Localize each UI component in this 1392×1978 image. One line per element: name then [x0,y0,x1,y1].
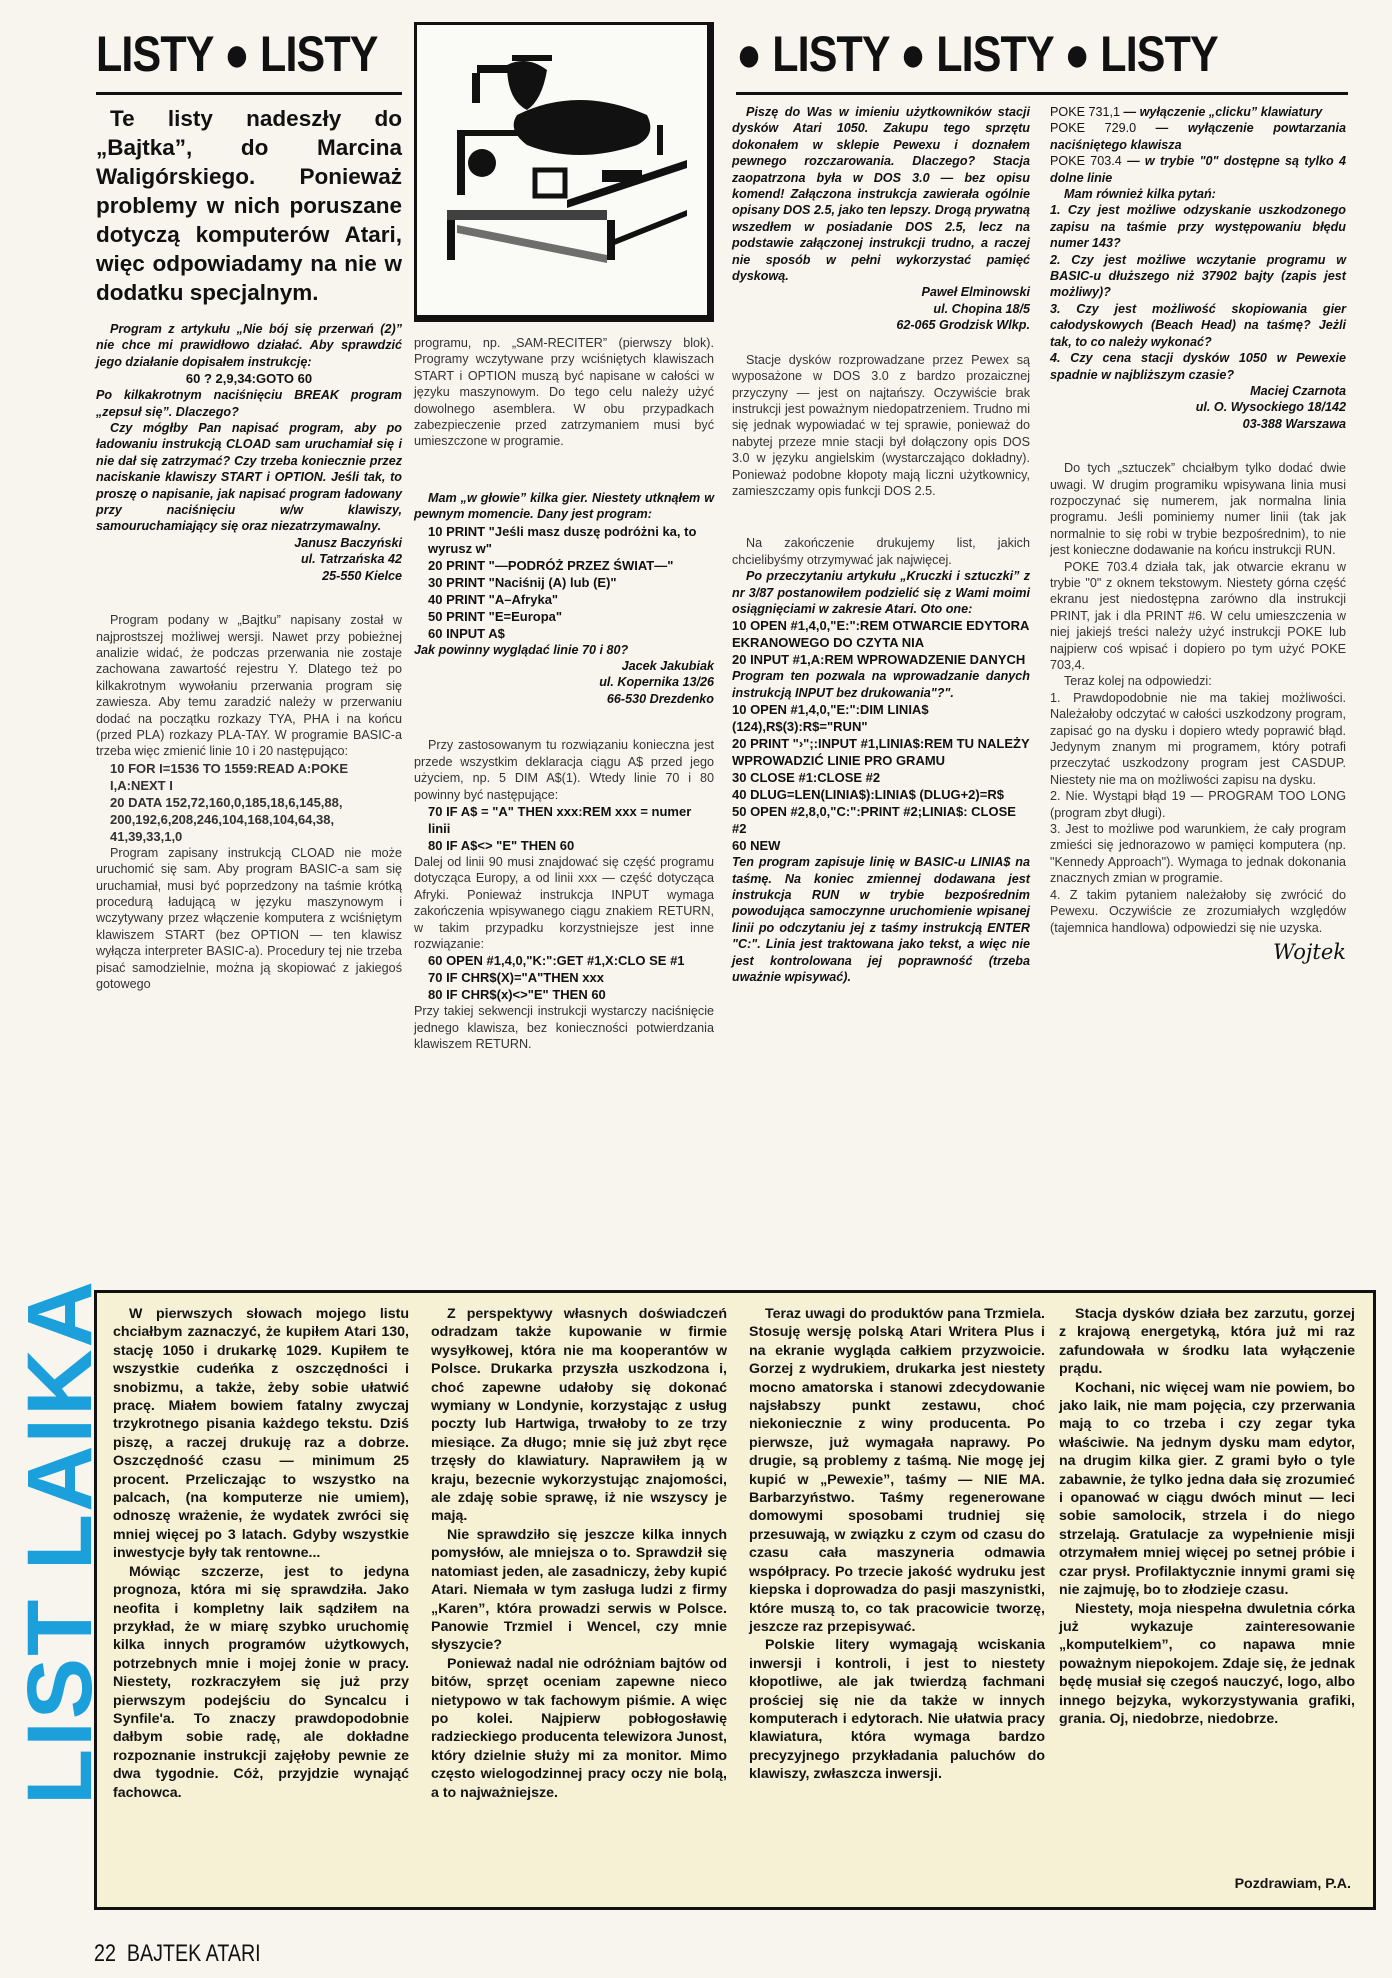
question-item: 2. Czy jest możliwe wczytanie programu w… [1050,252,1346,301]
code-line: 10 PRINT "Jeśli masz duszę podróżni ka, … [414,523,714,557]
letter-elminowski: Piszę do Was w imieniu użytkowników stac… [732,104,1030,334]
code-line: 20 PRINT "›";:INPUT #1,LINIA$:REM TU NAL… [732,735,1030,769]
laika-signature: Pozdrawiam, P.A. [1235,1875,1351,1893]
signature-city: 03-388 Warszawa [1050,416,1346,432]
disk-drive-pixel-art-icon [417,25,707,315]
signature-street: ul. Tatrzańska 42 [96,551,402,567]
list-laika-box: W pierwszych słowach mojego listu chciał… [94,1290,1376,1910]
signature-name: Janusz Baczyński [96,535,402,551]
code-line: 40 PRINT "A–Afryka" [414,591,714,608]
code-line: 10 FOR I=1536 TO 1559:READ A:POKE I,A:NE… [96,760,402,794]
laika-column-2: Z perspektywy własnych doświadczeń odrad… [431,1305,727,1802]
code-line: 60 OPEN #1,4,0,"K:":GET #1,X:CLO SE #1 [414,952,714,969]
code-line: 60 INPUT A$ [414,625,714,642]
signature-city: 62-065 Grodzisk Wlkp. [732,317,1030,333]
answer-czarnota: Do tych „sztuczek” chciałbym tylko dodać… [1050,460,1346,936]
author-signature: Wojtek [1050,940,1346,964]
header-rule-right [736,92,1348,95]
signature-city: 66-530 Drezdenko [414,691,714,707]
signature-street: ul. Chopina 18/5 [732,301,1030,317]
code-line: 70 IF A$ = "A" THEN xxx:REM xxx = numer … [414,803,714,837]
letter-czarnota: Po przeczytaniu artykułu „Kruczki i sztu… [732,568,1030,985]
question-item: 1. Czy jest możliwe odzyskanie uszkodzon… [1050,202,1346,251]
section-header-right: ● LISTY ● LISTY ● LISTY [736,24,1218,84]
signature-name: Maciej Czarnota [1050,383,1346,399]
code-line: 50 OPEN #2,8,0,"C:":PRINT #2;LINIA$: CLO… [732,803,1030,837]
column-2: programu, np. „SAM-RECITER” (pierwszy bl… [414,335,714,1053]
code-line: 60 NEW [732,837,1030,854]
column-4: POKE 731,1 — wyłączenie „clicku” klawiat… [1050,104,1346,964]
code-line: 10 OPEN #1,4,0,"E:":REM OTWARCIE EDYTORA… [732,617,1030,651]
code-line: 20 PRINT "—PODRÓŻ PRZEZ ŚWIAT—" [414,557,714,574]
code-line: 80 IF A$<> "E" THEN 60 [414,837,714,854]
answer-jakubiak: Przy zastosowanym tu rozwiązaniu koniecz… [414,737,714,1052]
question-item: 4. Czy cena stacji dysków 1050 w Pewexie… [1050,350,1346,383]
code-line: 60 ? 2,9,34:GOTO 60 [96,370,402,387]
page-footer: 22 BAJTEK ATARI [94,1940,261,1968]
laika-column-1: W pierwszych słowach mojego listu chciał… [113,1305,409,1802]
signature-city: 25-550 Kielce [96,568,402,584]
code-line: 30 CLOSE #1:CLOSE #2 [732,769,1030,786]
code-line: 40 DLUG=LEN(LINIA$):LINIA$ (DLUG+2)=R$ [732,786,1030,803]
answer-item: 4. Z takim pytaniem należałoby się zwróc… [1050,887,1346,936]
signature-name: Paweł Elminowski [732,284,1030,300]
code-line: 20 DATA 152,72,160,0,185,18,6,145,88, 20… [96,794,402,845]
answer-baczynski: Program podany w „Bajtku” napisany zosta… [96,612,402,992]
column-1: Te listy nadeszły do „Bajtka”, do Marcin… [96,104,402,992]
signature-street: ul. Kopernika 13/26 [414,674,714,690]
code-line: 10 OPEN #1,4,0,"E:":DIM LINIA$ (124),R$(… [732,701,1030,735]
answer-elminowski: Stacje dysków rozprowadzane przez Pewex … [732,352,1030,500]
laika-column-4: Stacja dysków działa bez zarzutu, gorzej… [1059,1305,1355,1728]
intro-lead: Te listy nadeszły do „Bajtka”, do Marcin… [96,104,402,307]
signature-street: ul. O. Wysockiego 18/142 [1050,399,1346,415]
section-header-left: LISTY ● LISTY [96,24,378,84]
code-line: 30 PRINT "Naciśnij (A) lub (E)" [414,574,714,591]
question-item: 3. Czy jest możliwość skopiowania gier c… [1050,301,1346,350]
answer-item: 2. Nie. Wystąpi błąd 19 — PROGRAM TOO LO… [1050,788,1346,821]
poke-item: POKE 729.0 — wyłączenie powtarzania naci… [1050,120,1346,153]
letter-baczynski: Program z artykułu „Nie bój się przerwań… [96,321,402,584]
poke-item: POKE 703.4 — w trybie "0" dostępne są ty… [1050,153,1346,186]
code-line: 50 PRINT "E=Europa" [414,608,714,625]
signature-name: Jacek Jakubiak [414,658,714,674]
magazine-name: BAJTEK ATARI [127,1940,261,1967]
code-line: 80 IF CHR$(x)<>"E" THEN 60 [414,986,714,1003]
page-number: 22 [94,1940,116,1967]
code-line: 70 IF CHR$(X)="A"THEN xxx [414,969,714,986]
answer-item: 3. Jest to możliwe pod warunkiem, że cał… [1050,821,1346,887]
column-3: Piszę do Was w imieniu użytkowników stac… [732,104,1030,985]
poke-item: POKE 731,1 — wyłączenie „clicku” klawiat… [1050,104,1346,120]
answer-item: 1. Prawdopodobnie nie ma takiej możliwoś… [1050,690,1346,788]
header-rule-left [96,92,402,95]
code-line: 20 INPUT #1,A:REM WPROWADZENIE DANYCH [732,651,1030,668]
letter-jakubiak: Mam „w głowie” kilka gier. Niestety utkn… [414,490,714,707]
laika-column-3: Teraz uwagi do produktów pana Trzmiela. … [749,1305,1045,1784]
disk-drive-illustration [414,22,714,322]
